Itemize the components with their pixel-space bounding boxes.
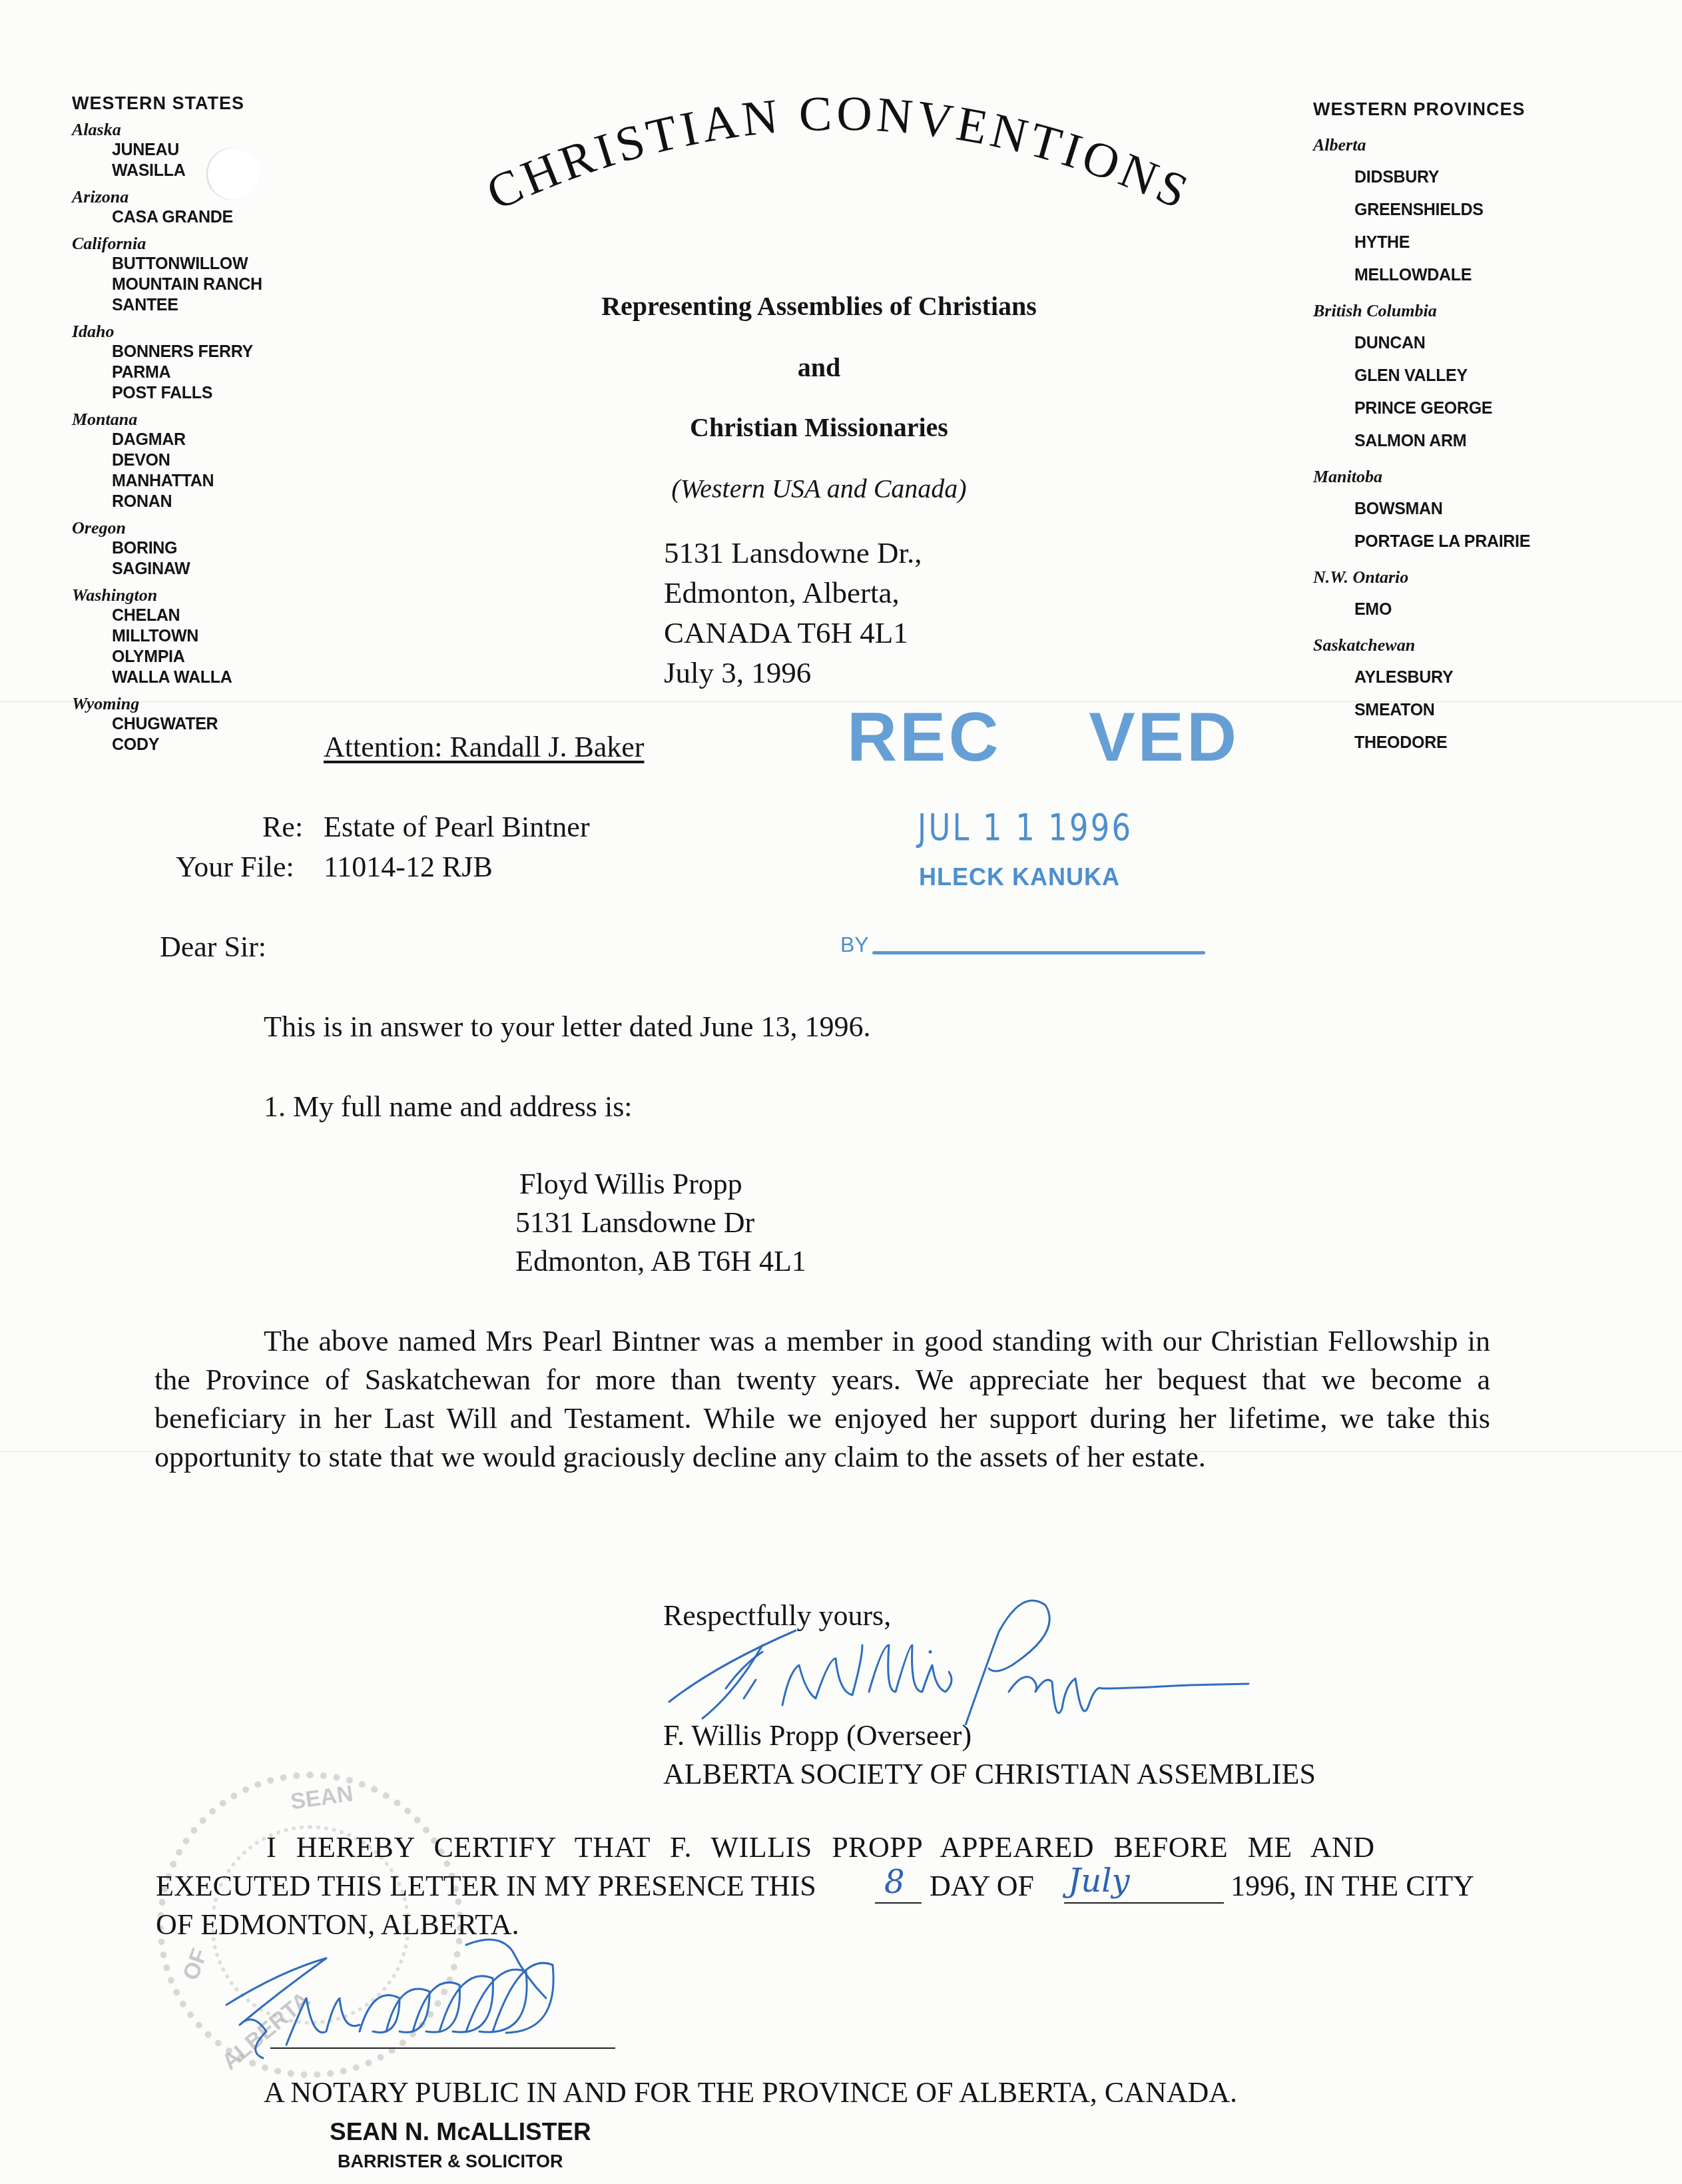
region-washington: Washington [72, 585, 262, 605]
town: BORING [72, 538, 262, 559]
notary-name: SEAN N. McALLISTER [330, 2118, 591, 2146]
region-arizona: Arizona [72, 186, 262, 207]
tagline-missionaries: Christian Missionaries [466, 412, 1172, 443]
attention-line: Attention: Randall J. Baker [324, 730, 644, 764]
received-stamp-by-label: BY [840, 932, 869, 957]
town: WALLA WALLA [72, 667, 262, 688]
town: PARMA [72, 362, 262, 383]
tagline-region: (Western USA and Canada) [466, 473, 1172, 504]
intro-line: This is in answer to your letter dated J… [264, 1010, 871, 1044]
town: PRINCE GEORGE [1313, 392, 1530, 425]
western-states-title: WESTERN STATES [72, 93, 262, 114]
town: OLYMPIA [72, 647, 262, 667]
town: DAGMAR [72, 430, 262, 450]
day-blank-line [875, 1902, 922, 1904]
town: MELLOWDALE [1313, 259, 1530, 292]
svg-text:CHRISTIAN CONVENTIONS: CHRISTIAN CONVENTIONS [479, 87, 1199, 221]
cert-line-2b: DAY OF [930, 1869, 1034, 1903]
town: CASA GRANDE [72, 207, 262, 228]
town: CHELAN [72, 605, 262, 626]
town: PORTAGE LA PRAIRIE [1313, 526, 1530, 558]
town: BUTTONWILLOW [72, 254, 262, 274]
letter-date: July 3, 1996 [664, 653, 922, 693]
letterhead-address: 5131 Lansdowne Dr., Edmonton, Alberta, C… [664, 533, 922, 693]
month-blank-line [1064, 1902, 1224, 1904]
town: JUNEAU [72, 140, 262, 161]
town: RONAN [72, 492, 262, 512]
notary-signature-line [270, 2047, 615, 2049]
received-stamp-date: JUL 1 1 1996 [918, 806, 1133, 849]
town: THEODORE [1313, 727, 1530, 759]
western-provinces-list: WESTERN PROVINCES Alberta DIDSBURY GREEN… [1313, 93, 1530, 759]
handwritten-month: July [1068, 1862, 1130, 1900]
town: CHUGWATER [72, 714, 262, 735]
notary-line: A NOTARY PUBLIC IN AND FOR THE PROVINCE … [264, 2075, 1237, 2109]
region-nw-ontario: N.W. Ontario [1313, 561, 1530, 593]
handwritten-day: 8 [884, 1864, 905, 1901]
received-stamp-by-line [872, 951, 1205, 954]
cert-line-2a: EXECUTED THIS LETTER IN MY PRESENCE THIS [156, 1869, 816, 1903]
re-label: Re: [262, 810, 303, 844]
sender-street: 5131 Lansdowne Dr [515, 1206, 754, 1240]
town: WASILLA [72, 161, 262, 181]
town: CODY [72, 735, 262, 755]
address-line: 5131 Lansdowne Dr., [664, 533, 922, 573]
signer-signature [663, 1592, 1275, 1725]
region-california: California [72, 233, 262, 254]
town: DEVON [72, 450, 262, 471]
region-manitoba: Manitoba [1313, 460, 1530, 493]
letterhead-title: CHRISTIAN CONVENTIONS [426, 80, 1252, 253]
signer-name: F. Willis Propp (Overseer) [663, 1718, 972, 1752]
re-value: Estate of Pearl Bintner [324, 810, 590, 844]
region-alaska: Alaska [72, 119, 262, 140]
body-text: The above named Mrs Pearl Bintner was a … [154, 1325, 1490, 1473]
town: SALMON ARM [1313, 425, 1530, 458]
item-1-line: 1. My full name and address is: [264, 1090, 633, 1124]
town: DIDSBURY [1313, 161, 1530, 194]
signer-organization: ALBERTA SOCIETY OF CHRISTIAN ASSEMBLIES [663, 1757, 1316, 1791]
tagline-assemblies: Representing Assemblies of Christians [466, 290, 1172, 322]
sender-city: Edmonton, AB T6H 4L1 [515, 1244, 806, 1278]
town: POST FALLS [72, 383, 262, 404]
region-saskatchewan: Saskatchewan [1313, 629, 1530, 661]
town: EMO [1313, 593, 1530, 626]
town: MOUNTAIN RANCH [72, 274, 262, 295]
region-oregon: Oregon [72, 518, 262, 538]
tagline-and: and [466, 352, 1172, 383]
cert-line-2c: 1996, IN THE CITY [1231, 1869, 1474, 1903]
notary-signature [200, 1932, 613, 2065]
file-value: 11014-12 RJB [324, 850, 493, 884]
town: GLEN VALLEY [1313, 360, 1530, 392]
western-states-list: WESTERN STATES Alaska JUNEAU WASILLA Ari… [72, 93, 262, 755]
cert-line-1: I HEREBY CERTIFY THAT F. WILLIS PROPP AP… [266, 1830, 1375, 1864]
region-idaho: Idaho [72, 321, 262, 342]
town: HYTHE [1313, 226, 1530, 259]
town: BOWSMAN [1313, 493, 1530, 526]
received-stamp-firm: HLECK KANUKA [919, 863, 1120, 891]
region-british-columbia: British Columbia [1313, 294, 1530, 327]
received-stamp-word: REC VED [847, 698, 1239, 777]
address-line: Edmonton, Alberta, [664, 573, 922, 613]
body-paragraph: The above named Mrs Pearl Bintner was a … [154, 1322, 1490, 1477]
western-provinces-title: WESTERN PROVINCES [1313, 93, 1530, 126]
address-line: CANADA T6H 4L1 [664, 613, 922, 653]
region-alberta: Alberta [1313, 129, 1530, 161]
town: GREENSHIELDS [1313, 194, 1530, 226]
town: BONNERS FERRY [72, 342, 262, 362]
town: MILLTOWN [72, 626, 262, 647]
file-label: Your File: [176, 850, 294, 884]
salutation: Dear Sir: [160, 930, 266, 964]
town: SAGINAW [72, 559, 262, 579]
region-wyoming: Wyoming [72, 693, 262, 714]
town: SANTEE [72, 295, 262, 316]
region-montana: Montana [72, 409, 262, 430]
town: MANHATTAN [72, 471, 262, 492]
town: SMEATON [1313, 694, 1530, 727]
town: DUNCAN [1313, 327, 1530, 360]
letter-page: WESTERN STATES Alaska JUNEAU WASILLA Ari… [0, 0, 1682, 2184]
town: AYLESBURY [1313, 661, 1530, 694]
sender-name: Floyd Willis Propp [519, 1167, 742, 1201]
notary-title: BARRISTER & SOLICITOR [338, 2151, 563, 2172]
